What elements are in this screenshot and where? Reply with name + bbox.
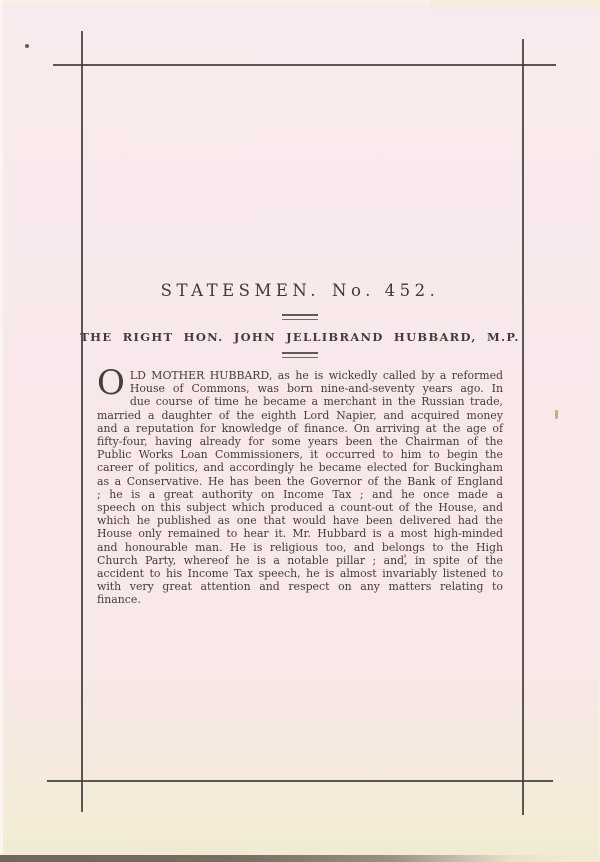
scan-edge-bottom-shadow <box>0 855 600 862</box>
drop-cap-letter: O <box>97 369 130 396</box>
biography-text: LD MOTHER HUBBARD, as he is wickedly cal… <box>97 369 503 606</box>
scan-edge-left <box>0 0 3 854</box>
portrait-title: THE RIGHT HON. JOHN JELLIBRAND HUBBARD, … <box>0 330 600 344</box>
scanned-document-page: STATESMEN.No. 452. THE RIGHT HON. JOHN J… <box>0 0 600 862</box>
biography-paragraph: OLD MOTHER HUBBARD, as he is wickedly ca… <box>97 369 503 607</box>
paper-speck <box>25 44 29 48</box>
border-rule-left <box>81 31 83 812</box>
border-rule-right <box>522 39 524 815</box>
series-heading: STATESMEN.No. 452. <box>0 281 600 300</box>
paper-discoloration-top <box>430 0 600 12</box>
series-title: STATESMEN. <box>161 281 320 300</box>
double-rule-divider-upper <box>282 314 318 320</box>
series-number: No. 452. <box>332 281 439 300</box>
border-rule-top <box>53 64 556 66</box>
border-rule-bottom <box>47 780 553 782</box>
paper-speck <box>404 554 406 558</box>
double-rule-divider-lower <box>282 352 318 358</box>
paper-speck <box>555 410 558 419</box>
